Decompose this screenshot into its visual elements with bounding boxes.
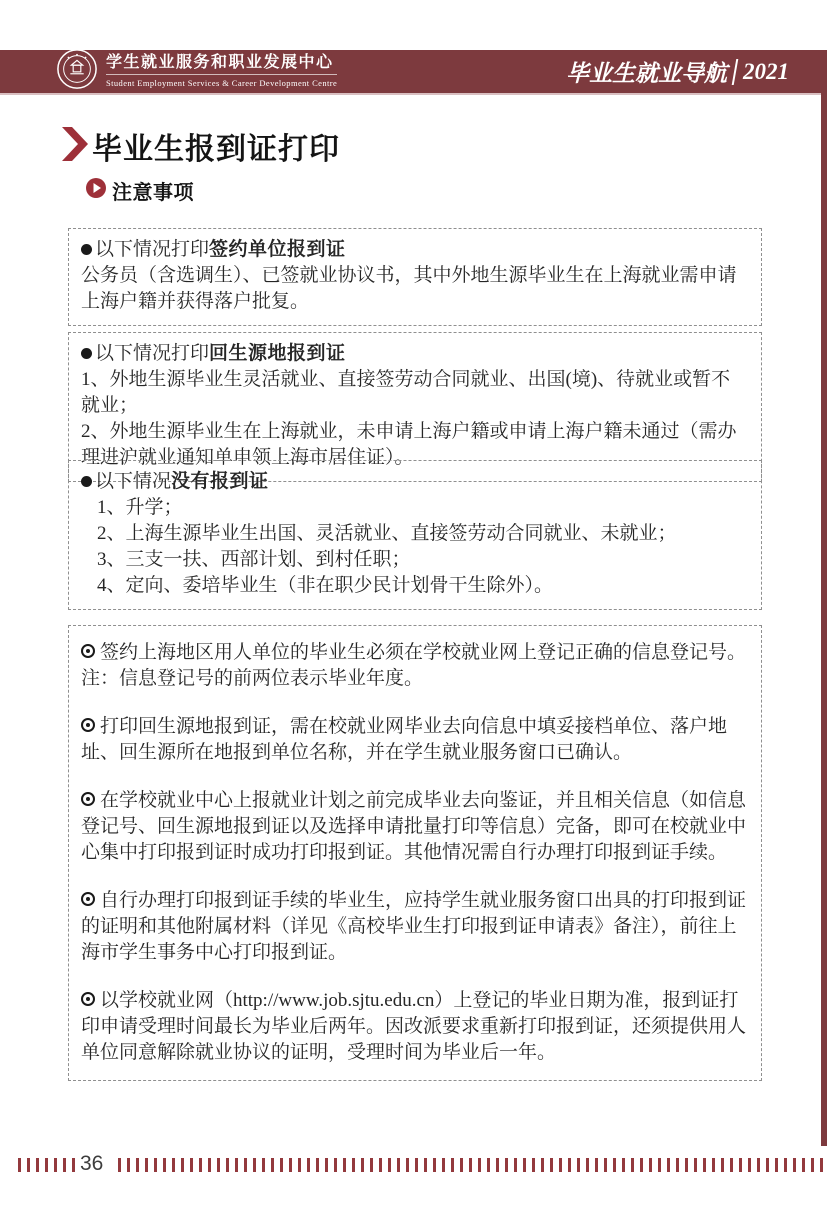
tick-mark bbox=[802, 1158, 805, 1172]
tick-mark bbox=[172, 1158, 175, 1172]
header-band: 学生就业服务和职业发展中心 Student Employment Service… bbox=[0, 50, 827, 95]
tick-mark bbox=[433, 1158, 436, 1172]
page-title: 毕业生报到证打印 bbox=[92, 124, 340, 168]
org-name-cn: 学生就业服务和职业发展中心 bbox=[106, 54, 337, 72]
tick-mark bbox=[793, 1158, 796, 1172]
tick-mark bbox=[361, 1158, 364, 1172]
box-list-item: 2、上海生源毕业生出国、灵活就业、直接签劳动合同就业、未就业； bbox=[81, 521, 749, 547]
tick-mark bbox=[253, 1158, 256, 1172]
guide-title: 毕业生就业导航 bbox=[566, 55, 727, 88]
tick-mark bbox=[496, 1158, 499, 1172]
tick-mark bbox=[280, 1158, 283, 1172]
tick-mark bbox=[127, 1158, 130, 1172]
tick-mark bbox=[523, 1158, 526, 1172]
tick-mark bbox=[27, 1158, 30, 1172]
section-title-row: 毕业生报到证打印 bbox=[62, 124, 340, 168]
note-text: 签约上海地区用人单位的毕业生必须在学校就业网上登记正确的信息登记号。注：信息登记… bbox=[81, 642, 746, 689]
footer-ticks-right bbox=[118, 1158, 827, 1172]
tick-mark bbox=[208, 1158, 211, 1172]
section-subtitle-row: 注意事项 bbox=[86, 176, 194, 205]
note-item: 在学校就业中心上报就业计划之前完成毕业去向鉴证，并且相关信息（如信息登记号、回生… bbox=[81, 788, 749, 866]
guide-year: 2021 bbox=[743, 59, 789, 85]
tick-mark bbox=[586, 1158, 589, 1172]
tick-mark bbox=[442, 1158, 445, 1172]
tick-mark bbox=[739, 1158, 742, 1172]
bullseye-icon bbox=[81, 718, 95, 732]
bullseye-icon bbox=[81, 892, 95, 906]
bullseye-icon bbox=[81, 992, 95, 1006]
bullet-icon bbox=[81, 476, 92, 487]
tick-mark bbox=[784, 1158, 787, 1172]
tick-mark bbox=[613, 1158, 616, 1172]
tick-mark bbox=[18, 1158, 21, 1172]
heading-prefix: 以下情况打印 bbox=[95, 239, 209, 260]
tick-mark bbox=[145, 1158, 148, 1172]
tick-mark bbox=[577, 1158, 580, 1172]
tick-mark bbox=[622, 1158, 625, 1172]
tick-mark bbox=[514, 1158, 517, 1172]
tick-mark bbox=[694, 1158, 697, 1172]
tick-mark bbox=[649, 1158, 652, 1172]
university-seal-icon bbox=[56, 48, 98, 95]
tick-mark bbox=[640, 1158, 643, 1172]
tick-mark bbox=[163, 1158, 166, 1172]
tick-mark bbox=[226, 1158, 229, 1172]
tick-mark bbox=[45, 1158, 48, 1172]
heading-prefix: 以下情况 bbox=[95, 471, 171, 492]
tick-mark bbox=[730, 1158, 733, 1172]
divider-line bbox=[732, 59, 739, 85]
tick-mark bbox=[397, 1158, 400, 1172]
tick-mark bbox=[72, 1158, 75, 1172]
bullseye-icon bbox=[81, 644, 95, 658]
note-text: 打印回生源地报到证，需在校就业网毕业去向信息中填妥接档单位、落户地址、回生源所在… bbox=[81, 716, 727, 763]
tick-mark bbox=[712, 1158, 715, 1172]
tick-mark bbox=[136, 1158, 139, 1172]
tick-mark bbox=[568, 1158, 571, 1172]
heading-prefix: 以下情况打印 bbox=[95, 343, 209, 364]
tick-mark bbox=[478, 1158, 481, 1172]
tick-mark bbox=[54, 1158, 57, 1172]
tick-mark bbox=[775, 1158, 778, 1172]
box-text-line: 公务员（含选调生）、已签就业协议书，其中外地生源毕业生在上海就业需申请上海户籍并… bbox=[81, 263, 749, 315]
tick-mark bbox=[505, 1158, 508, 1172]
header-left: 学生就业服务和职业发展中心 Student Employment Service… bbox=[56, 48, 337, 95]
tick-mark bbox=[262, 1158, 265, 1172]
tick-mark bbox=[63, 1158, 66, 1172]
tick-mark bbox=[757, 1158, 760, 1172]
note-item: 打印回生源地报到证，需在校就业网毕业去向信息中填妥接档单位、落户地址、回生源所在… bbox=[81, 714, 749, 766]
subtitle: 注意事项 bbox=[112, 176, 194, 205]
tick-mark bbox=[559, 1158, 562, 1172]
tick-mark bbox=[460, 1158, 463, 1172]
tick-mark bbox=[658, 1158, 661, 1172]
notice-box-signed-unit: 以下情况打印签约单位报到证 公务员（含选调生）、已签就业协议书，其中外地生源毕业… bbox=[68, 228, 762, 326]
heading-bold: 没有报到证 bbox=[171, 471, 269, 492]
note-text: 以学校就业网（http://www.job.sjtu.edu.cn）上登记的毕业… bbox=[81, 990, 746, 1063]
tick-mark bbox=[766, 1158, 769, 1172]
tick-mark bbox=[595, 1158, 598, 1172]
tick-mark bbox=[181, 1158, 184, 1172]
tick-mark bbox=[199, 1158, 202, 1172]
tick-mark bbox=[424, 1158, 427, 1172]
note-item: 自行办理打印报到证手续的毕业生，应持学生就业服务窗口出具的打印报到证的证明和其他… bbox=[81, 888, 749, 966]
tick-mark bbox=[343, 1158, 346, 1172]
box-heading: 以下情况没有报到证 bbox=[81, 469, 749, 495]
header-org-titles: 学生就业服务和职业发展中心 Student Employment Service… bbox=[106, 54, 337, 89]
tick-mark bbox=[550, 1158, 553, 1172]
note-text: 在学校就业中心上报就业计划之前完成毕业去向鉴证，并且相关信息（如信息登记号、回生… bbox=[81, 790, 746, 863]
bullet-icon bbox=[81, 244, 92, 255]
box-heading: 以下情况打印回生源地报到证 bbox=[81, 341, 749, 367]
tick-mark bbox=[154, 1158, 157, 1172]
tick-mark bbox=[289, 1158, 292, 1172]
tick-mark bbox=[235, 1158, 238, 1172]
tick-mark bbox=[406, 1158, 409, 1172]
bullseye-icon bbox=[81, 792, 95, 806]
document-page: 学生就业服务和职业发展中心 Student Employment Service… bbox=[0, 0, 827, 1224]
tick-mark bbox=[190, 1158, 193, 1172]
notice-box-no-card: 以下情况没有报到证 1、升学； 2、上海生源毕业生出国、灵活就业、直接签劳动合同… bbox=[68, 460, 762, 610]
box-list-item: 1、升学； bbox=[81, 495, 749, 521]
box-list-item: 3、三支一扶、西部计划、到村任职； bbox=[81, 547, 749, 573]
footer-ticks-left bbox=[18, 1158, 76, 1172]
tick-mark bbox=[631, 1158, 634, 1172]
org-name-en: Student Employment Services & Career Dev… bbox=[106, 74, 337, 89]
page-number: 36 bbox=[80, 1152, 103, 1176]
tick-mark bbox=[676, 1158, 679, 1172]
note-text: 自行办理打印报到证手续的毕业生，应持学生就业服务窗口出具的打印报到证的证明和其他… bbox=[81, 890, 746, 963]
tick-mark bbox=[532, 1158, 535, 1172]
play-circle-icon bbox=[86, 178, 106, 203]
tick-mark bbox=[703, 1158, 706, 1172]
heading-bold: 回生源地报到证 bbox=[209, 343, 346, 364]
tick-mark bbox=[451, 1158, 454, 1172]
notes-box: 签约上海地区用人单位的毕业生必须在学校就业网上登记正确的信息登记号。注：信息登记… bbox=[68, 625, 762, 1081]
tick-mark bbox=[820, 1158, 823, 1172]
tick-mark bbox=[244, 1158, 247, 1172]
tick-mark bbox=[748, 1158, 751, 1172]
tick-mark bbox=[379, 1158, 382, 1172]
tick-mark bbox=[811, 1158, 814, 1172]
note-item: 签约上海地区用人单位的毕业生必须在学校就业网上登记正确的信息登记号。注：信息登记… bbox=[81, 640, 749, 692]
tick-mark bbox=[307, 1158, 310, 1172]
tick-mark bbox=[316, 1158, 319, 1172]
tick-mark bbox=[667, 1158, 670, 1172]
tick-mark bbox=[721, 1158, 724, 1172]
tick-mark bbox=[469, 1158, 472, 1172]
header-right-title: 毕业生就业导航 2021 bbox=[566, 50, 789, 93]
tick-mark bbox=[388, 1158, 391, 1172]
tick-mark bbox=[36, 1158, 39, 1172]
tick-mark bbox=[217, 1158, 220, 1172]
box-text-line: 1、外地生源毕业生灵活就业、直接签劳动合同就业、出国(境)、待就业或暂不就业； bbox=[81, 367, 749, 419]
note-item: 以学校就业网（http://www.job.sjtu.edu.cn）上登记的毕业… bbox=[81, 988, 749, 1066]
tick-mark bbox=[325, 1158, 328, 1172]
tick-mark bbox=[370, 1158, 373, 1172]
tick-mark bbox=[118, 1158, 121, 1172]
box-list-item: 4、定向、委培毕业生（非在职少民计划骨干生除外）。 bbox=[81, 573, 749, 599]
bullet-icon bbox=[81, 348, 92, 359]
tick-mark bbox=[352, 1158, 355, 1172]
right-edge-bar bbox=[821, 93, 827, 1146]
tick-mark bbox=[541, 1158, 544, 1172]
tick-mark bbox=[604, 1158, 607, 1172]
chevron-right-icon bbox=[62, 127, 88, 166]
tick-mark bbox=[334, 1158, 337, 1172]
box-heading: 以下情况打印签约单位报到证 bbox=[81, 237, 749, 263]
heading-bold: 签约单位报到证 bbox=[209, 239, 346, 260]
tick-mark bbox=[415, 1158, 418, 1172]
tick-mark bbox=[298, 1158, 301, 1172]
tick-mark bbox=[271, 1158, 274, 1172]
tick-mark bbox=[685, 1158, 688, 1172]
tick-mark bbox=[487, 1158, 490, 1172]
